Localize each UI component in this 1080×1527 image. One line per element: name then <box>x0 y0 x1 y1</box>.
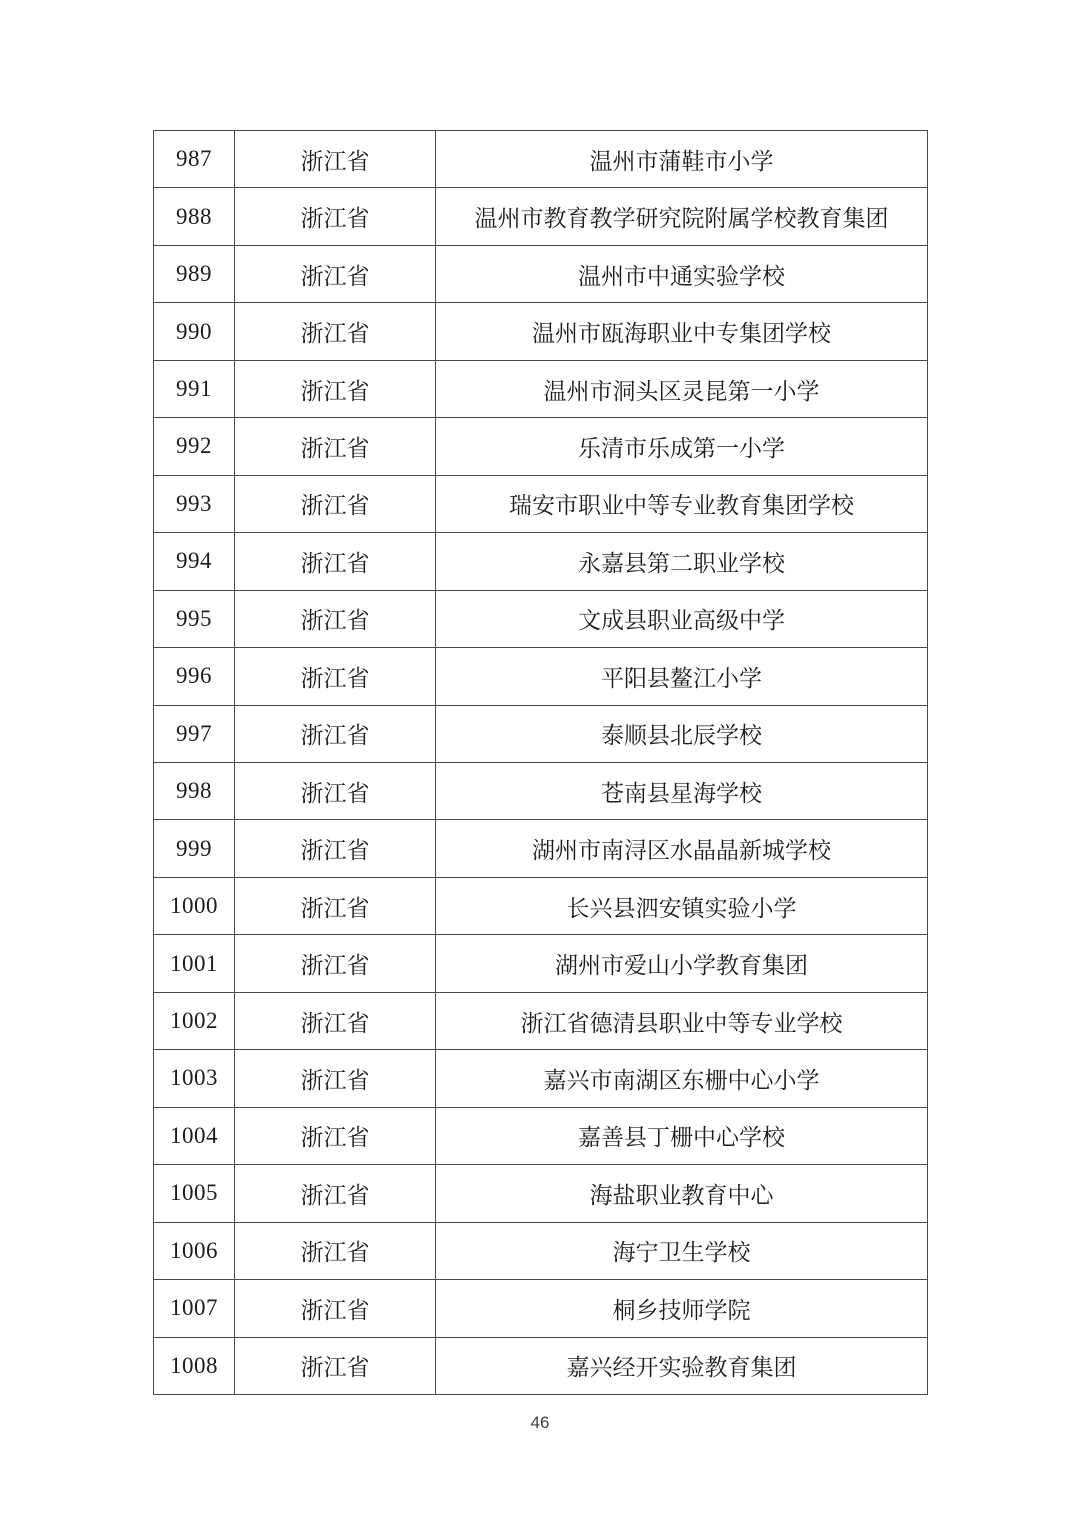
province-cell: 浙江省 <box>235 418 436 475</box>
table-row: 987 浙江省 温州市蒲鞋市小学 <box>154 131 928 188</box>
table-row: 1006 浙江省 海宁卫生学校 <box>154 1222 928 1279</box>
school-name-cell: 湖州市爱山小学教育集团 <box>436 935 928 992</box>
school-name-cell: 瑞安市职业中等专业教育集团学校 <box>436 475 928 532</box>
table-row: 998 浙江省 苍南县星海学校 <box>154 762 928 819</box>
row-number-cell: 995 <box>154 590 235 647</box>
school-name-cell: 苍南县星海学校 <box>436 762 928 819</box>
school-name-cell: 乐清市乐成第一小学 <box>436 418 928 475</box>
school-name-cell: 嘉善县丁栅中心学校 <box>436 1107 928 1164</box>
school-table-body: 987 浙江省 温州市蒲鞋市小学 988 浙江省 温州市教育教学研究院附属学校教… <box>154 131 928 1395</box>
school-name-cell: 海宁卫生学校 <box>436 1222 928 1279</box>
province-cell: 浙江省 <box>235 245 436 302</box>
table-row: 995 浙江省 文成县职业高级中学 <box>154 590 928 647</box>
school-name-cell: 温州市蒲鞋市小学 <box>436 131 928 188</box>
row-number-cell: 987 <box>154 131 235 188</box>
school-list-table: 987 浙江省 温州市蒲鞋市小学 988 浙江省 温州市教育教学研究院附属学校教… <box>153 130 928 1395</box>
school-name-cell: 嘉兴市南湖区东栅中心小学 <box>436 1050 928 1107</box>
table-row: 1005 浙江省 海盐职业教育中心 <box>154 1165 928 1222</box>
province-cell: 浙江省 <box>235 590 436 647</box>
school-name-cell: 浙江省德清县职业中等专业学校 <box>436 992 928 1049</box>
school-name-cell: 嘉兴经开实验教育集团 <box>436 1337 928 1394</box>
table-row: 1008 浙江省 嘉兴经开实验教育集团 <box>154 1337 928 1394</box>
school-name-cell: 温州市中通实验学校 <box>436 245 928 302</box>
row-number-cell: 997 <box>154 705 235 762</box>
province-cell: 浙江省 <box>235 188 436 245</box>
province-cell: 浙江省 <box>235 303 436 360</box>
document-page: 987 浙江省 温州市蒲鞋市小学 988 浙江省 温州市教育教学研究院附属学校教… <box>0 0 1080 1527</box>
row-number-cell: 993 <box>154 475 235 532</box>
table-row: 988 浙江省 温州市教育教学研究院附属学校教育集团 <box>154 188 928 245</box>
table-row: 1004 浙江省 嘉善县丁栅中心学校 <box>154 1107 928 1164</box>
province-cell: 浙江省 <box>235 648 436 705</box>
row-number-cell: 1003 <box>154 1050 235 1107</box>
row-number-cell: 1007 <box>154 1280 235 1337</box>
school-name-cell: 文成县职业高级中学 <box>436 590 928 647</box>
row-number-cell: 992 <box>154 418 235 475</box>
school-name-cell: 湖州市南浔区水晶晶新城学校 <box>436 820 928 877</box>
table-row: 999 浙江省 湖州市南浔区水晶晶新城学校 <box>154 820 928 877</box>
row-number-cell: 988 <box>154 188 235 245</box>
row-number-cell: 1006 <box>154 1222 235 1279</box>
school-name-cell: 长兴县泗安镇实验小学 <box>436 877 928 934</box>
province-cell: 浙江省 <box>235 705 436 762</box>
row-number-cell: 991 <box>154 360 235 417</box>
table-row: 1003 浙江省 嘉兴市南湖区东栅中心小学 <box>154 1050 928 1107</box>
province-cell: 浙江省 <box>235 877 436 934</box>
school-name-cell: 温州市瓯海职业中专集团学校 <box>436 303 928 360</box>
table-row: 991 浙江省 温州市洞头区灵昆第一小学 <box>154 360 928 417</box>
province-cell: 浙江省 <box>235 992 436 1049</box>
table-row: 993 浙江省 瑞安市职业中等专业教育集团学校 <box>154 475 928 532</box>
province-cell: 浙江省 <box>235 360 436 417</box>
province-cell: 浙江省 <box>235 1107 436 1164</box>
table-row: 1007 浙江省 桐乡技师学院 <box>154 1280 928 1337</box>
table-row: 997 浙江省 泰顺县北辰学校 <box>154 705 928 762</box>
school-name-cell: 桐乡技师学院 <box>436 1280 928 1337</box>
row-number-cell: 990 <box>154 303 235 360</box>
table-row: 994 浙江省 永嘉县第二职业学校 <box>154 533 928 590</box>
row-number-cell: 1005 <box>154 1165 235 1222</box>
table-row: 1000 浙江省 长兴县泗安镇实验小学 <box>154 877 928 934</box>
row-number-cell: 1002 <box>154 992 235 1049</box>
school-name-cell: 温州市洞头区灵昆第一小学 <box>436 360 928 417</box>
province-cell: 浙江省 <box>235 1165 436 1222</box>
province-cell: 浙江省 <box>235 131 436 188</box>
school-name-cell: 温州市教育教学研究院附属学校教育集团 <box>436 188 928 245</box>
row-number-cell: 1000 <box>154 877 235 934</box>
school-name-cell: 泰顺县北辰学校 <box>436 705 928 762</box>
table-row: 1002 浙江省 浙江省德清县职业中等专业学校 <box>154 992 928 1049</box>
row-number-cell: 1004 <box>154 1107 235 1164</box>
province-cell: 浙江省 <box>235 1050 436 1107</box>
school-name-cell: 永嘉县第二职业学校 <box>436 533 928 590</box>
table-row: 996 浙江省 平阳县鳌江小学 <box>154 648 928 705</box>
row-number-cell: 999 <box>154 820 235 877</box>
province-cell: 浙江省 <box>235 1222 436 1279</box>
row-number-cell: 996 <box>154 648 235 705</box>
province-cell: 浙江省 <box>235 1280 436 1337</box>
table-row: 989 浙江省 温州市中通实验学校 <box>154 245 928 302</box>
province-cell: 浙江省 <box>235 533 436 590</box>
school-name-cell: 海盐职业教育中心 <box>436 1165 928 1222</box>
school-name-cell: 平阳县鳌江小学 <box>436 648 928 705</box>
province-cell: 浙江省 <box>235 935 436 992</box>
province-cell: 浙江省 <box>235 475 436 532</box>
row-number-cell: 998 <box>154 762 235 819</box>
page-number: 46 <box>0 1413 1080 1433</box>
row-number-cell: 1008 <box>154 1337 235 1394</box>
row-number-cell: 1001 <box>154 935 235 992</box>
table-row: 990 浙江省 温州市瓯海职业中专集团学校 <box>154 303 928 360</box>
province-cell: 浙江省 <box>235 1337 436 1394</box>
table-row: 1001 浙江省 湖州市爱山小学教育集团 <box>154 935 928 992</box>
province-cell: 浙江省 <box>235 820 436 877</box>
row-number-cell: 994 <box>154 533 235 590</box>
row-number-cell: 989 <box>154 245 235 302</box>
province-cell: 浙江省 <box>235 762 436 819</box>
table-row: 992 浙江省 乐清市乐成第一小学 <box>154 418 928 475</box>
